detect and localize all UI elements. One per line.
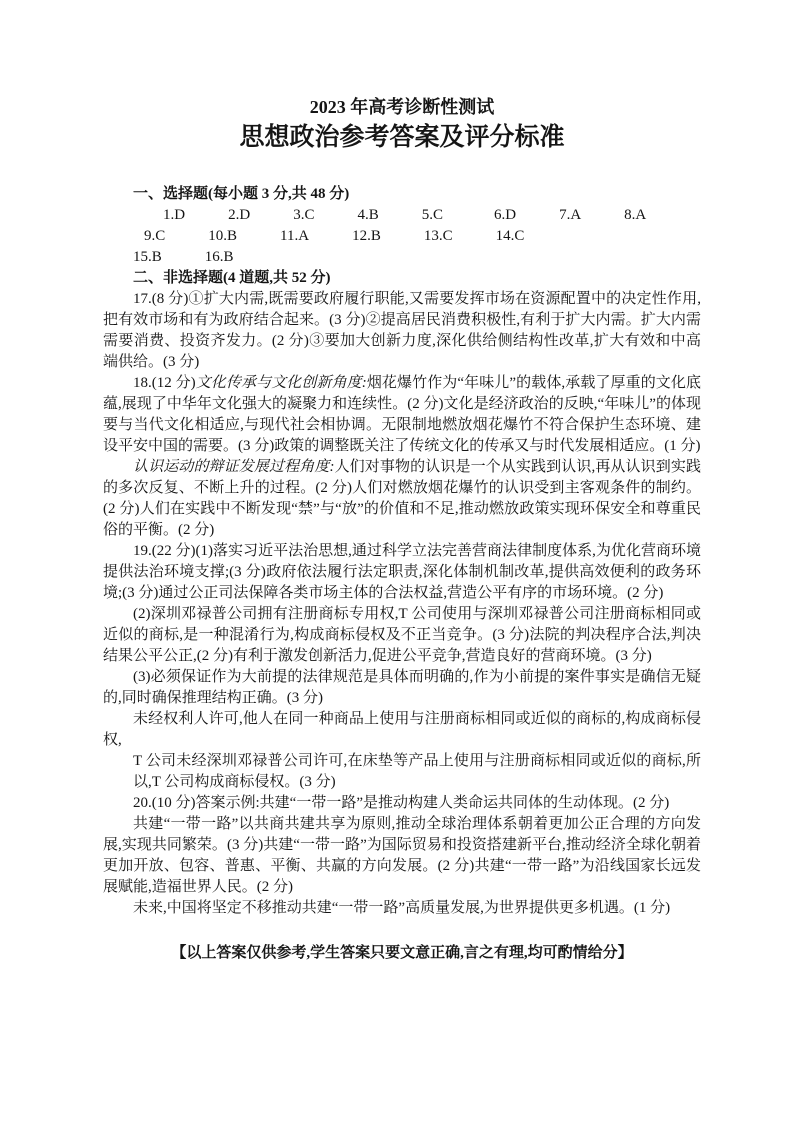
answer-item: 16.B [175, 247, 234, 268]
answer-18-angle-2: 认识运动的辩证发展过程角度: [133, 459, 334, 475]
answer-item: 11.A [250, 226, 309, 247]
answer-20-paragraph-3: 未来,中国将坚定不移推动共建“一带一路”高质量发展,为世界提供更多机遇。(1 分… [103, 898, 701, 919]
answer-item: 5.C [392, 205, 443, 226]
answer-item: 3.C [263, 205, 314, 226]
answer-19-part-1: 19.(22 分)(1)落实习近平法治思想,通过科学立法完善营商法律制度体系,为… [103, 541, 701, 604]
answer-item: 15.B [103, 247, 162, 268]
answer-17: 17.(8 分)①扩大内需,既需要政府履行职能,又需要发挥市场在资源配置中的决定… [103, 289, 701, 373]
doc-title-line1: 2023 年高考诊断性测试 [103, 96, 701, 118]
section2-heading: 二、非选择题(4 道题,共 52 分) [103, 268, 701, 289]
answer-19-part-2: (2)深圳邓禄普公司拥有注册商标专用权,T 公司使用与深圳邓禄普公司注册商标相同… [103, 604, 701, 667]
answer-item: 8.A [594, 205, 646, 226]
answer-item: 7.A [529, 205, 581, 226]
answer-item: 9.C [114, 226, 165, 247]
section1-heading: 一、选择题(每小题 3 分,共 48 分) [103, 184, 701, 205]
answer-item: 4.B [327, 205, 378, 226]
answer-18-paragraph-2: 认识运动的辩证发展过程角度:人们对事物的认识是一个从实践到认识,再从认识到实践的… [103, 457, 701, 541]
answer-item: 10.B [178, 226, 237, 247]
answer-18-angle-1: 文化传承与文化创新角度: [196, 375, 367, 391]
document-body: 一、选择题(每小题 3 分,共 48 分) 1.D2.D3.C4.B5.C6.D… [103, 184, 701, 964]
answer-19-note-2: T 公司未经深圳邓禄普公司许可,在床垫等产品上使用与注册商标相同或近似的商标,所… [133, 751, 701, 793]
grading-note: 【以上答案仅供参考,学生答案只要文意正确,言之有理,均可酌情给分】 [103, 943, 701, 964]
document-page: 2023 年高考诊断性测试 思想政治参考答案及评分标准 一、选择题(每小题 3 … [0, 0, 793, 1122]
answer-20-paragraph-2: 共建“一带一路”以共商共建共享为原则,推动全球治理体系朝着更加公正合理的方向发展… [103, 814, 701, 898]
doc-title-line2: 思想政治参考答案及评分标准 [103, 122, 701, 154]
answer-18-paragraph-1: 18.(12 分)文化传承与文化创新角度:烟花爆竹作为“年味儿”的载体,承载了厚… [103, 373, 701, 457]
answer-19-part-3: (3)必须保证作为大前提的法律规范是具体而明确的,作为小前提的案件事实是确信无疑… [103, 667, 701, 709]
answer-19-note-1: 未经权利人许可,他人在同一种商品上使用与注册商标相同或近似的商标的,构成商标侵权… [103, 709, 701, 751]
answer-item: 13.C [394, 226, 453, 247]
answer-item: 1.D [133, 205, 185, 226]
answer-item: 12.B [322, 226, 381, 247]
answer-item: 6.D [464, 205, 516, 226]
answer-item: 2.D [198, 205, 250, 226]
answer-20-paragraph-1: 20.(10 分)答案示例:共建“一带一路”是推动构建人类命运共同体的生动体现。… [103, 793, 701, 814]
answer-item: 14.C [466, 226, 525, 247]
choice-answers-list: 1.D2.D3.C4.B5.C6.D7.A8.A9.C10.B11.A12.B1… [103, 205, 701, 268]
answer-18-number: 18.(12 分) [133, 375, 196, 391]
